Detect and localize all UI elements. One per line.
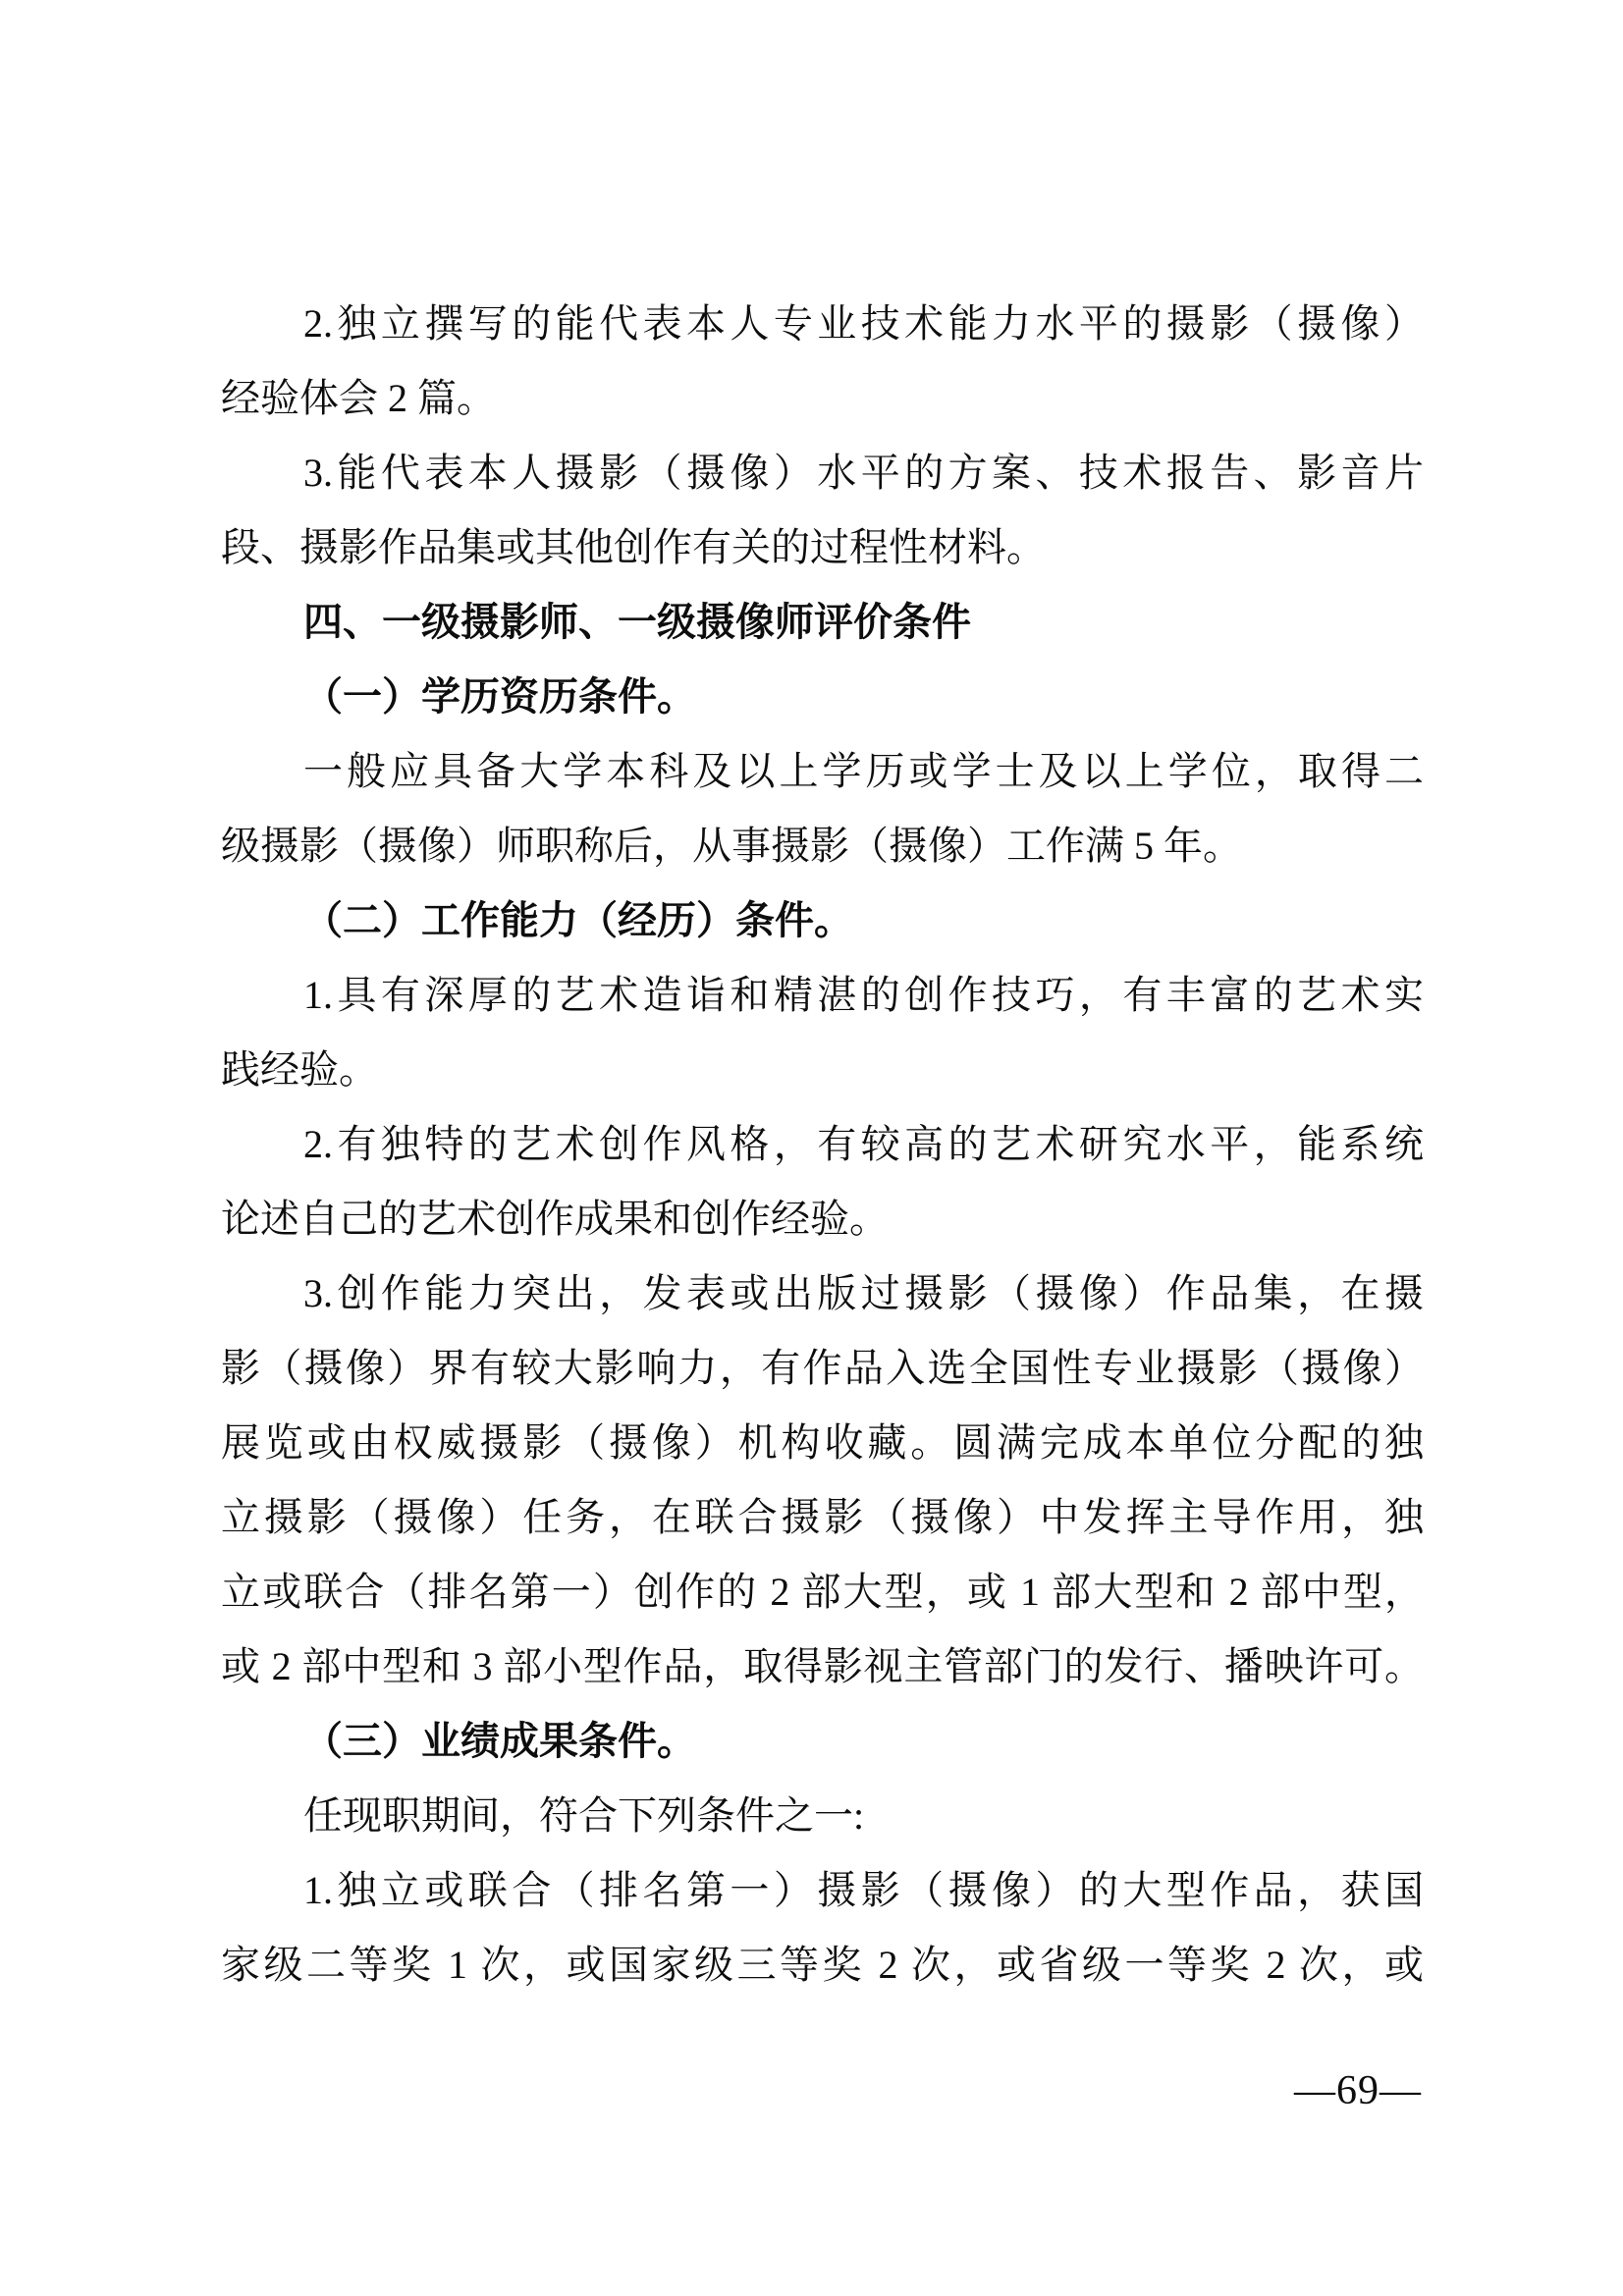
text-line: 经验体会 2 篇。 xyxy=(221,361,1424,436)
text-line: 立或联合（排名第一）创作的 2 部大型，或 1 部大型和 2 部中型， xyxy=(221,1555,1424,1629)
heading-line: （一）学历资历条件。 xyxy=(221,660,1424,734)
document-page: 2.独立撰写的能代表本人专业技术能力水平的摄影（摄像）经验体会 2 篇。3.能代… xyxy=(0,0,1623,2296)
text-line: 1.具有深厚的艺术造诣和精湛的创作技巧，有丰富的艺术实 xyxy=(221,958,1424,1033)
text-line: 段、摄影作品集或其他创作有关的过程性材料。 xyxy=(221,510,1424,585)
heading-line: 四、一级摄影师、一级摄像师评价条件 xyxy=(221,585,1424,660)
page-body: 2.独立撰写的能代表本人专业技术能力水平的摄影（摄像）经验体会 2 篇。3.能代… xyxy=(221,287,1424,2002)
text-line: 家级二等奖 1 次，或国家级三等奖 2 次，或省级一等奖 2 次，或 xyxy=(221,1928,1424,2002)
text-line: 3.能代表本人摄影（摄像）水平的方案、技术报告、影音片 xyxy=(221,436,1424,510)
text-line: 任现职期间，符合下列条件之一: xyxy=(221,1779,1424,1853)
text-line: 2.独立撰写的能代表本人专业技术能力水平的摄影（摄像） xyxy=(221,287,1424,361)
text-line: 或 2 部中型和 3 部小型作品，取得影视主管部门的发行、播映许可。 xyxy=(221,1629,1424,1704)
page-number: —69— xyxy=(1294,2067,1422,2114)
text-line: 展览或由权威摄影（摄像）机构收藏。圆满完成本单位分配的独 xyxy=(221,1406,1424,1480)
text-line: 一般应具备大学本科及以上学历或学士及以上学位，取得二 xyxy=(221,734,1424,809)
text-line: 级摄影（摄像）师职称后，从事摄影（摄像）工作满 5 年。 xyxy=(221,809,1424,883)
text-line: 2.有独特的艺术创作风格，有较高的艺术研究水平，能系统 xyxy=(221,1107,1424,1182)
text-line: 论述自己的艺术创作成果和创作经验。 xyxy=(221,1182,1424,1256)
text-line: 践经验。 xyxy=(221,1033,1424,1107)
heading-line: （二）工作能力（经历）条件。 xyxy=(221,883,1424,958)
text-line: 影（摄像）界有较大影响力，有作品入选全国性专业摄影（摄像） xyxy=(221,1331,1424,1406)
text-line: 1.独立或联合（排名第一）摄影（摄像）的大型作品，获国 xyxy=(221,1853,1424,1928)
heading-line: （三）业绩成果条件。 xyxy=(221,1704,1424,1779)
text-line: 立摄影（摄像）任务，在联合摄影（摄像）中发挥主导作用，独 xyxy=(221,1480,1424,1555)
text-line: 3.创作能力突出，发表或出版过摄影（摄像）作品集，在摄 xyxy=(221,1256,1424,1331)
